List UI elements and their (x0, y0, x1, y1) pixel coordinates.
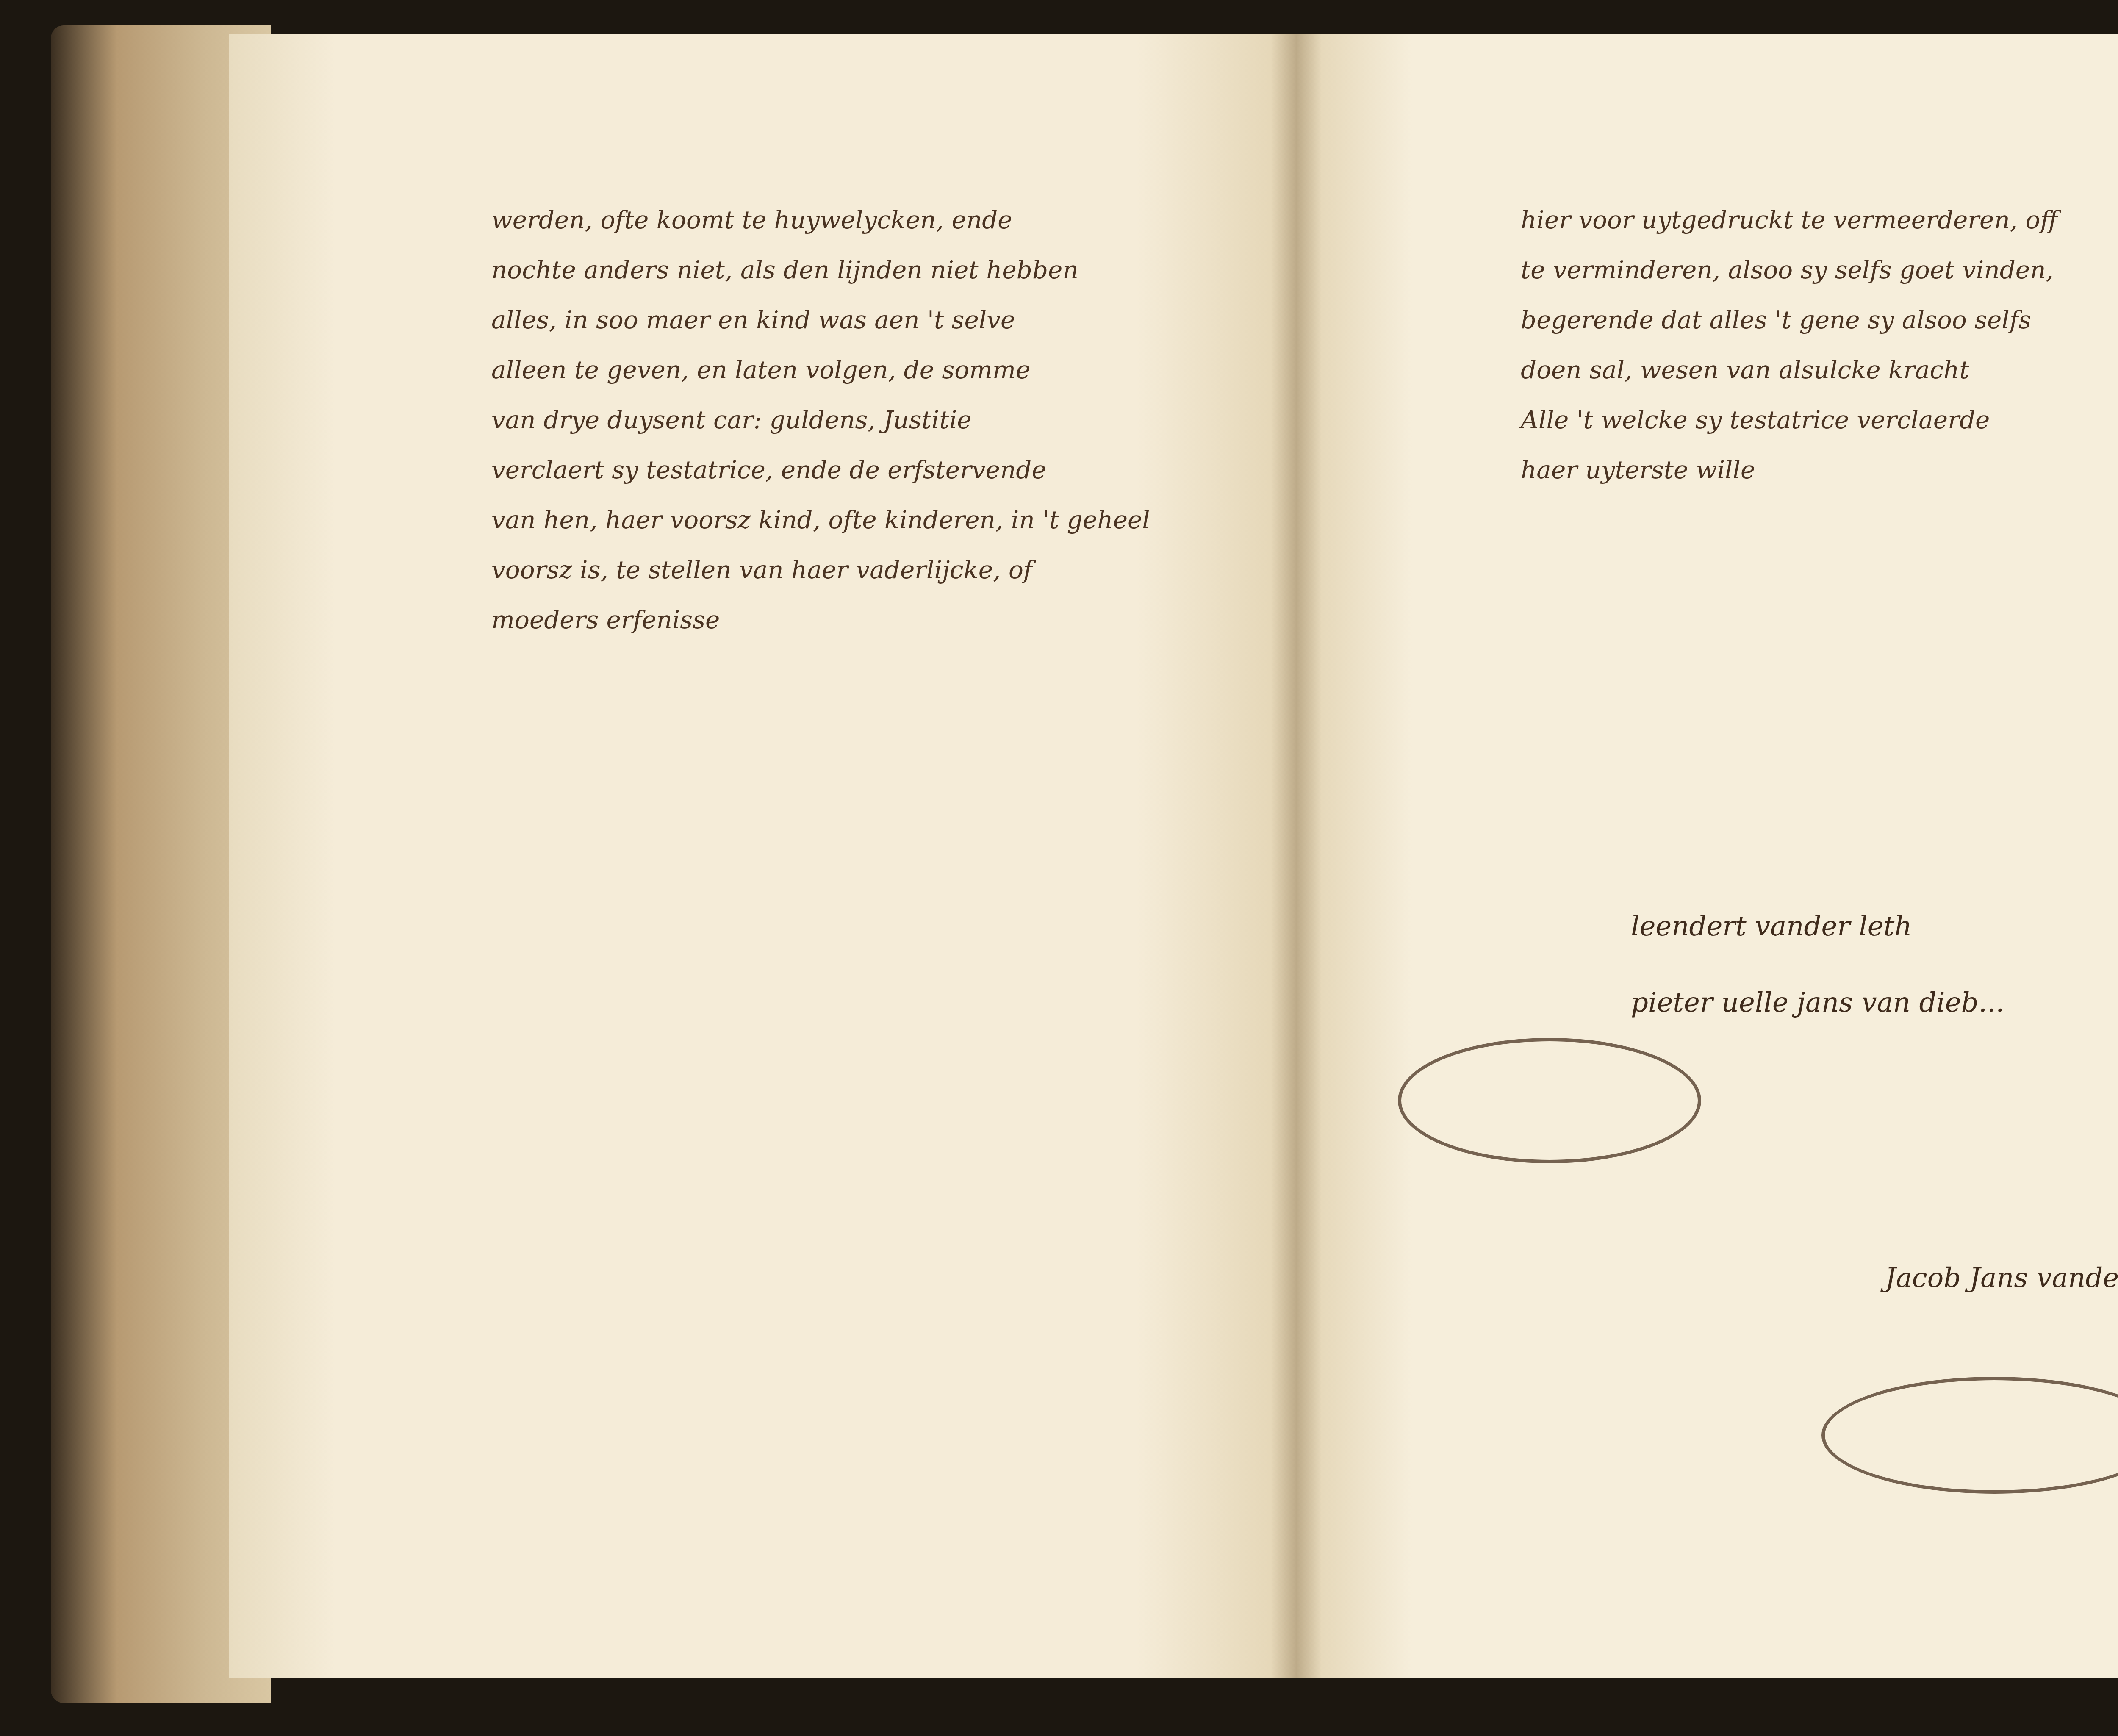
text-line: hier voor uytgedruckt te vermeerderen, o… (1521, 195, 2118, 245)
signature: Jacob Jans vanden Bos (1885, 1262, 2118, 1294)
text-line: Alle 't welcke sy testatrice verclaerde (1521, 395, 2118, 445)
text-line: te verminderen, alsoo sy selfs goet vind… (1521, 245, 2118, 295)
text-line: nochte anders niet, als den lijnden niet… (491, 245, 1254, 295)
right-page-text: hier voor uytgedruckt te vermeerderen, o… (1521, 195, 2118, 495)
book-gutter (1271, 34, 1322, 1678)
text-line: werden, ofte koomt te huywelycken, ende (491, 195, 1254, 245)
notary-flourish (1398, 1038, 1701, 1163)
text-line: haer uyterste wille (1521, 445, 2118, 495)
signature: pieter uelle jans van dieb... (1631, 987, 2004, 1018)
text-line: moeders erfenisse (491, 595, 1254, 645)
text-line: alles, in soo maer en kind was aen 't se… (491, 295, 1254, 345)
left-page-text: werden, ofte koomt te huywelycken, ende … (491, 195, 1254, 645)
text-line: doen sal, wesen van alsulcke kracht (1521, 345, 2118, 395)
text-line: alleen te geven, en laten volgen, de som… (491, 345, 1254, 395)
signature: leendert vander leth (1631, 911, 1912, 942)
text-line: begerende dat alles 't gene sy alsoo sel… (1521, 295, 2118, 345)
text-line: van hen, haer voorsz kind, ofte kinderen… (491, 495, 1254, 545)
text-line: verclaert sy testatrice, ende de erfster… (491, 445, 1254, 495)
text-line: voorsz is, te stellen van haer vaderlijc… (491, 545, 1254, 595)
text-line: van drye duysent car: guldens, Justitie (491, 395, 1254, 445)
